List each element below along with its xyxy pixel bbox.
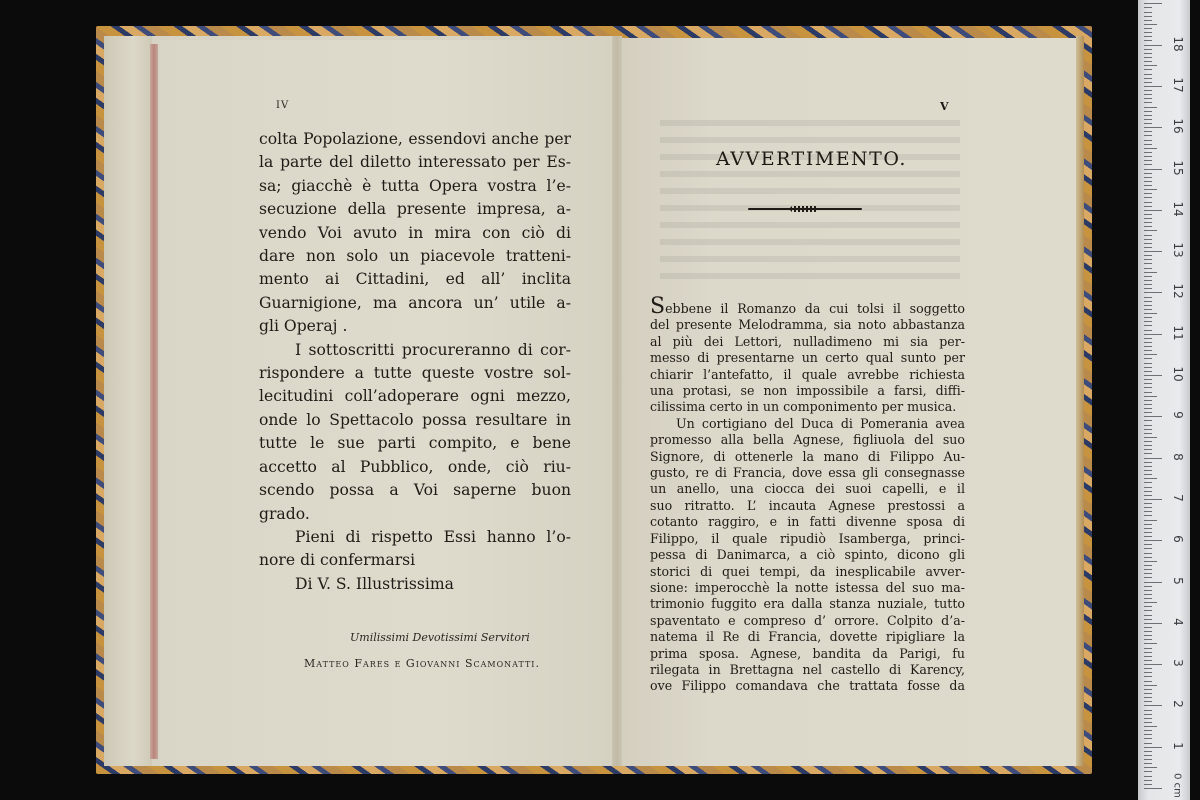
ruler-tick [1144,69,1152,70]
ruler-label: 13 [1171,240,1185,260]
ruler-tick [1144,346,1152,347]
ruler-tick [1144,453,1152,454]
ruler-tick [1144,676,1152,677]
ruler-tick [1144,280,1152,281]
ruler-tick [1144,115,1152,116]
text-line: Un cortigiano del Duca di Pomerania avea [650,416,965,432]
ruler-tick [1144,615,1152,616]
ruler-tick [1144,759,1152,760]
ruler-label: 17 [1171,75,1185,95]
ruler-tick [1144,330,1152,331]
ruler-label: 11 [1171,323,1185,343]
text-line: rispondere a tutte queste vostre sol- [259,362,571,385]
ruler-tick [1144,776,1152,777]
text-line: prima sposa. Agnese, bandita da Parigi, … [650,646,965,662]
ruler-tick [1144,631,1152,632]
ruler-tick [1144,276,1152,277]
ruler-tick [1144,524,1152,525]
ruler-tick [1144,429,1152,430]
ruler-tick [1144,495,1152,496]
ruler-tick [1144,160,1152,161]
ruler-tick [1144,408,1152,409]
ruler-tick [1144,152,1152,153]
ruler-tick [1144,610,1152,611]
ruler-tick [1144,487,1152,488]
ruler-tick [1144,767,1157,768]
ruler-label: 12 [1171,281,1185,301]
ruler-tick [1144,317,1152,318]
ruler-tick [1144,553,1152,554]
flyleaf-edge [104,36,152,766]
ruler-tick [1144,412,1152,413]
ruler-tick [1144,392,1152,393]
ruler-tick [1144,751,1152,752]
text-line: rilegata in Brettagna nel castello di Ka… [650,662,965,678]
ruler-tick [1144,590,1152,591]
text-line: I sottoscritti procureranno di cor- [259,339,571,362]
text-line: cilissima certo in un componimento per m… [650,399,965,415]
ruler-tick [1144,272,1157,273]
ruler-tick [1144,36,1152,37]
text-line: Guarnigione, ma ancora un’ utile a- [259,292,571,315]
signoff-servants: Umilissimi Devotissimi Servitori [350,631,530,644]
ruler-tick [1144,520,1157,521]
ruler-tick [1144,111,1152,112]
ruler-tick [1144,123,1152,124]
ruler-tick [1144,425,1152,426]
ruler-tick [1144,226,1152,227]
ruler-tick [1144,169,1162,170]
ruler-tick [1144,49,1152,50]
right-page-edge [1076,36,1084,766]
ruler-tick [1144,371,1152,372]
text-line: gli Operaj . [259,315,571,338]
ruler-label: 4 [1171,612,1185,632]
ruler-tick [1144,65,1157,66]
ruler-tick [1144,445,1152,446]
right-page-text: Sebbene il Romanzo da cui tolsi il sogge… [650,300,965,695]
ruler-tick [1144,474,1152,475]
ruler-tick [1144,441,1152,442]
ruler-tick [1144,20,1152,21]
ruler-tick [1144,206,1152,207]
ruler-tick [1144,177,1152,178]
ruler-tick [1144,714,1152,715]
text-line: accetto al Pubblico, onde, ciò riu- [259,456,571,479]
ruler-label: 10 [1171,364,1185,384]
ruler-tick [1144,437,1157,438]
ruler-label: 2 [1171,694,1185,714]
measuring-ruler: 0 cm123456789101112131415161718 [1138,0,1190,800]
ruler-tick [1144,45,1162,46]
text-line: dare non solo un piacevole tratteni- [259,245,571,268]
ruler-tick [1144,400,1152,401]
ruler-tick [1144,383,1152,384]
ruler-tick [1144,404,1152,405]
ruler-tick [1144,259,1152,260]
text-line: secuzione della presente impresa, a- [259,198,571,221]
ruler-tick [1144,396,1157,397]
text-line: pessa di Danimarca, a ciò spinto, dicono… [650,547,965,563]
ruler-tick [1144,156,1152,157]
ruler-tick [1144,627,1152,628]
ruler-tick [1144,297,1152,298]
ruler-tick [1144,28,1152,29]
text-line: la parte del diletto interessato per Es- [259,151,571,174]
ruler-tick [1144,582,1162,583]
ruler-tick [1144,235,1152,236]
ruler-label: 18 [1171,34,1185,54]
ruler-tick [1144,288,1152,289]
ruler-tick [1144,148,1157,149]
ruler-tick [1144,722,1152,723]
ruler-label: 0 cm [1172,771,1183,800]
ruler-tick [1144,119,1152,120]
ruler-tick [1144,491,1152,492]
ruler-tick [1144,268,1152,269]
ruler-tick [1144,144,1152,145]
ruler-tick [1144,12,1152,13]
ruler-tick [1144,755,1152,756]
ruler-tick [1144,577,1152,578]
ruler-tick [1144,660,1152,661]
ruler-tick [1144,656,1152,657]
ruler-tick [1144,540,1162,541]
text-line: promesso alla bella Agnese, figliuola de… [650,432,965,448]
ruler-tick [1144,247,1152,248]
ruler-tick [1144,3,1162,4]
ruler-tick [1144,367,1152,368]
ruler-tick [1144,127,1162,128]
ruler-tick [1144,433,1152,434]
ruler-tick [1144,730,1152,731]
ruler-tick [1144,107,1157,108]
ruler-tick [1144,202,1152,203]
ruler-tick [1144,24,1157,25]
text-line: grado. [259,503,571,526]
ruler-tick [1144,86,1162,87]
ruler-tick [1144,301,1152,302]
ruler-tick [1144,90,1152,91]
ruler-tick [1144,705,1162,706]
ruler-tick [1144,131,1152,132]
text-line: spaventato e compreso d’ orrore. Colpito… [650,613,965,629]
ruler-tick [1144,511,1152,512]
ruler-tick [1144,672,1152,673]
ruler-tick [1144,222,1152,223]
ruler-tick [1144,305,1152,306]
red-page-edge [150,44,158,759]
text-line: nore di confermarsi [259,549,571,572]
ruler-tick [1144,565,1152,566]
ruler-tick [1144,284,1152,285]
text-line: al più dei Lettori, nulladimeno mi sia p… [650,334,965,350]
ruler-label: 8 [1171,447,1185,467]
ruler-label: 7 [1171,488,1185,508]
ornamental-rule-icon [748,206,862,212]
ruler-tick [1144,102,1152,103]
ruler-tick [1144,7,1152,8]
ruler-tick [1144,358,1152,359]
ruler-tick [1144,354,1157,355]
ruler-tick [1144,420,1152,421]
text-line: trimonio fuggito era dalla stanza nuzial… [650,596,965,612]
ruler-tick [1144,416,1162,417]
text-line: scendo possa a Voi saperne buon [259,479,571,502]
ruler-tick [1144,780,1152,781]
ruler-tick [1144,635,1152,636]
ruler-tick [1144,82,1152,83]
ruler-tick [1144,53,1152,54]
ruler-tick [1144,561,1157,562]
text-line: Signore, di ottenerle la mano di Filippo… [650,449,965,465]
ruler-tick [1144,536,1152,537]
ruler-tick [1144,482,1152,483]
ruler-tick [1144,164,1152,165]
ruler-tick [1144,548,1152,549]
ruler-tick [1144,218,1152,219]
ruler-label: 14 [1171,199,1185,219]
ruler-tick [1144,598,1152,599]
ruler-tick [1144,193,1152,194]
ruler-tick [1144,173,1152,174]
ruler-tick [1144,643,1157,644]
ruler-tick [1144,350,1152,351]
ruler-tick [1144,788,1162,789]
text-line: colta Popolazione, essendovi anche per [259,128,571,151]
ruler-tick [1144,214,1152,215]
ruler-tick [1144,623,1162,624]
ruler-tick [1144,478,1157,479]
ruler-tick [1144,697,1152,698]
ruler-tick [1144,743,1152,744]
ruler-tick [1144,140,1152,141]
text-line: sione: imperocchè la notte istessa del s… [650,580,965,596]
ruler-tick [1144,462,1152,463]
text-line: suo ritratto. L’ incauta Agnese prestoss… [650,498,965,514]
ruler-tick [1144,664,1162,665]
text-line: Sebbene il Romanzo da cui tolsi il sogge… [650,300,965,317]
ruler-tick [1144,309,1152,310]
ruler-tick [1144,61,1152,62]
text-line: messo di presentarne un certo qual sunto… [650,350,965,366]
ruler-tick [1144,602,1157,603]
ruler-tick [1144,606,1152,607]
ruler-tick [1144,185,1152,186]
ruler-tick [1144,668,1152,669]
ruler-tick [1144,689,1152,690]
ruler-tick [1144,135,1152,136]
book-gutter [612,36,622,766]
ruler-label: 9 [1171,405,1185,425]
ruler-tick [1144,375,1162,376]
ruler-tick [1144,181,1152,182]
text-line: Di V. S. Illustrissima [259,573,571,596]
ruler-label: 16 [1171,116,1185,136]
text-line: cotanto raggiro, e in fatti divenne spos… [650,514,965,530]
ruler-tick [1144,32,1152,33]
ruler-tick [1144,78,1152,79]
ruler-tick [1144,569,1152,570]
ruler-tick [1144,251,1162,252]
ruler-tick [1144,230,1157,231]
ruler-tick [1144,639,1152,640]
ruler-tick [1144,363,1152,364]
ruler-tick [1144,189,1157,190]
ruler-tick [1144,458,1162,459]
text-line: storici di quei tempi, da inesplicabile … [650,564,965,580]
ruler-tick [1144,763,1152,764]
section-title: AVVERTIMENTO. [716,148,904,170]
text-line: del presente Melodramma, sia noto abbast… [650,317,965,333]
ruler-tick [1144,325,1152,326]
ruler-tick [1144,685,1157,686]
ruler-tick [1144,94,1152,95]
ruler-tick [1144,544,1152,545]
ruler-tick [1144,466,1152,467]
ruler-tick [1144,557,1152,558]
ruler-tick [1144,379,1152,380]
ruler-tick [1144,738,1152,739]
ruler-tick [1144,710,1152,711]
text-line: lecitudini coll’adoperare ogni mezzo, [259,385,571,408]
text-line: Pieni di rispetto Essi hanno l’o- [259,526,571,549]
text-line: una protasi, se non impossibile a farsi,… [650,383,965,399]
ruler-tick [1144,693,1152,694]
ruler-tick [1144,74,1152,75]
ruler-tick [1144,292,1162,293]
ruler-tick [1144,573,1152,574]
ruler-tick [1144,313,1157,314]
ruler-tick [1144,701,1152,702]
ruler-tick [1144,586,1152,587]
ruler-tick [1144,718,1152,719]
text-line: chiarir l’antefatto, il quale avrebbe ri… [650,367,965,383]
ruler-tick [1144,771,1152,772]
text-line: onde lo Spettacolo possa resultare in [259,409,571,432]
ruler-tick [1144,515,1152,516]
ruler-tick [1144,470,1152,471]
ruler-tick [1144,255,1152,256]
ruler-tick [1144,16,1152,17]
ruler-tick [1144,57,1152,58]
signoff-names: Matteo Fares e Giovanni Scamonatti. [304,657,540,670]
text-line: vendo Voi avuto in mira con ciò di [259,222,571,245]
ruler-tick [1144,334,1162,335]
ruler-tick [1144,734,1152,735]
ruler-tick [1144,507,1152,508]
text-line: ove Filippo comandava che trattata fosse… [650,678,965,694]
drop-cap: S [650,294,665,319]
text-line: tutte le sue parti compito, e bene [259,432,571,455]
ruler-tick [1144,681,1152,682]
page-number-left: IV [276,100,289,111]
ruler-tick [1144,449,1152,450]
ruler-tick [1144,747,1162,748]
ruler-tick [1144,342,1152,343]
ruler-tick [1144,387,1152,388]
text-line: un anello, una ciocca dei suoi capelli, … [650,481,965,497]
ruler-tick [1144,338,1152,339]
ruler-tick [1144,503,1152,504]
ruler-tick [1144,40,1152,41]
text-line: sa; giacchè è tutta Opera vostra l’e- [259,175,571,198]
text-line: gusto, re di Francia, dove essa gli cons… [650,465,965,481]
ruler-tick [1144,532,1152,533]
ruler-tick [1144,726,1157,727]
ruler-tick [1144,784,1152,785]
ruler-tick [1144,239,1152,240]
text-line: Filippo, il quale ripudiò Isamberga, pri… [650,531,965,547]
text-line: mento ai Cittadini, ed all’ inclita [259,268,571,291]
ruler-tick [1144,652,1152,653]
ruler-tick [1144,98,1152,99]
ruler-tick [1144,263,1152,264]
left-page-text: colta Popolazione, essendovi anche per l… [259,128,571,596]
page-number-right: V [940,100,949,113]
ruler-tick [1144,528,1152,529]
ruler-tick [1144,499,1162,500]
ruler-tick [1144,594,1152,595]
ruler-tick [1144,648,1152,649]
ruler-label: 5 [1171,571,1185,591]
ruler-label: 3 [1171,653,1185,673]
ruler-label: 6 [1171,529,1185,549]
ruler-tick [1144,321,1152,322]
ruler-tick [1144,619,1152,620]
ruler-tick [1144,243,1152,244]
text-line: natema il Re di Francia, dovette ripigli… [650,629,965,645]
bleed-through-text [660,120,960,280]
ruler-tick [1144,197,1152,198]
ruler-tick [1144,210,1162,211]
ruler-label: 15 [1171,158,1185,178]
ruler-label: 1 [1171,736,1185,756]
